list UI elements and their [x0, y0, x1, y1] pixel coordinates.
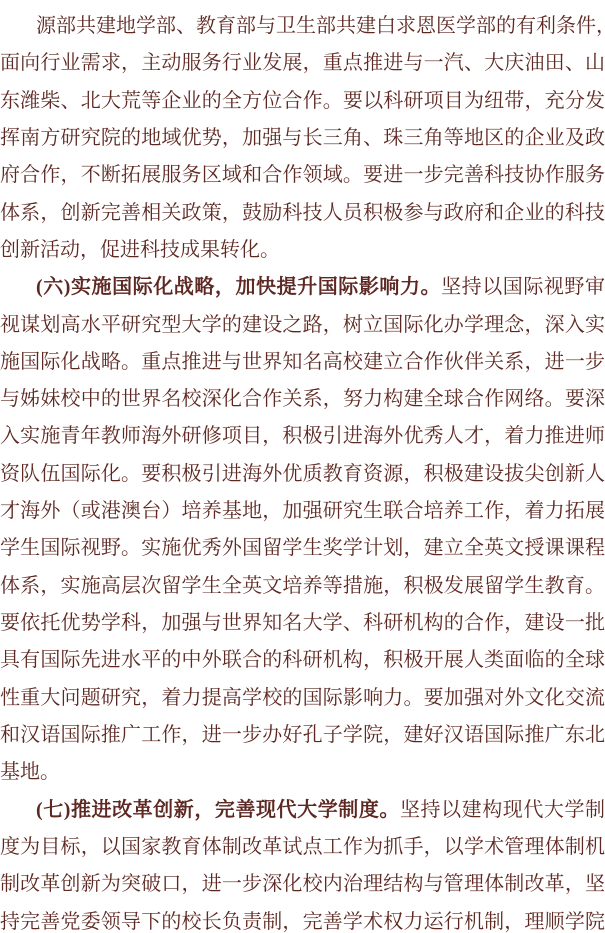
paragraph: (六)实施国际化战略，加快提升国际影响力。坚持以国际视野审视谋划高水平研究型大学…	[0, 269, 605, 791]
text-run: 东潍柴、北大荒等企业的全方位合作。要以科研项目为纽带，充分发	[0, 90, 605, 112]
text-line: 源部共建地学部、教育部与卫生部共建白求恩医学部的有利条件，	[0, 8, 605, 45]
text-line: 基地。	[0, 754, 605, 791]
section-heading: (七)推进改革创新，完善现代大学制度。	[36, 799, 400, 821]
section-heading: (六)实施国际化战略，加快提升国际影响力。	[36, 276, 441, 298]
text-run: 体系，创新完善相关政策，鼓励科技人员积极参与政府和企业的科技	[0, 202, 605, 224]
text-line: 入实施青年教师海外研修项目，积极引进海外优秀人才，着力推进师	[0, 418, 605, 455]
text-run: 持完善党委领导下的校长负责制，完善学术权力运行机制，理顺学院	[0, 911, 605, 933]
paragraph: 源部共建地学部、教育部与卫生部共建白求恩医学部的有利条件，面向行业需求，主动服务…	[0, 8, 605, 269]
text-run: 坚持以国际视野审	[441, 276, 605, 298]
text-run: 视谋划高水平研究型大学的建设之路，树立国际化办学理念，深入实	[0, 314, 605, 336]
text-run: 基地。	[0, 761, 60, 783]
text-line: 要依托优势学科，加强与世界知名大学、科研机构的合作，建设一批	[0, 605, 605, 642]
text-line: 与姊妹校中的世界名校深化合作关系，努力构建全球合作网络。要深	[0, 381, 605, 418]
text-run: 府合作，不断拓展服务区域和合作领域。要进一步完善科技协作服务	[0, 164, 605, 186]
text-line: 具有国际先进水平的中外联合的科研机构，积极开展人类面临的全球	[0, 642, 605, 679]
text-line: 体系，实施高层次留学生全英文培养等措施，积极发展留学生教育。	[0, 568, 605, 605]
text-run: 创新活动，促进科技成果转化。	[0, 239, 280, 261]
text-line: 施国际化战略。重点推进与世界知名高校建立合作伙伴关系，进一步	[0, 344, 605, 381]
text-line: 制改革创新为突破口，进一步深化校内治理结构与管理体制改革，坚	[0, 866, 605, 903]
text-run: 与姊妹校中的世界名校深化合作关系，努力构建全球合作网络。要深	[0, 388, 605, 410]
text-run: 才海外（或港澳台）培养基地，加强研究生联合培养工作，着力拓展	[0, 500, 605, 522]
text-run: 要依托优势学科，加强与世界知名大学、科研机构的合作，建设一批	[0, 612, 605, 634]
document-body: 源部共建地学部、教育部与卫生部共建白求恩医学部的有利条件，面向行业需求，主动服务…	[0, 8, 605, 933]
text-run: 度为目标，以国家教育体制改革试点工作为抓手，以学术管理体制机	[0, 836, 605, 858]
text-line: 才海外（或港澳台）培养基地，加强研究生联合培养工作，着力拓展	[0, 493, 605, 530]
text-line: 体系，创新完善相关政策，鼓励科技人员积极参与政府和企业的科技	[0, 195, 605, 232]
text-line: 持完善党委领导下的校长负责制，完善学术权力运行机制，理顺学院	[0, 904, 605, 933]
text-line: 学生国际视野。实施优秀外国留学生奖学计划，建立全英文授课课程	[0, 530, 605, 567]
text-line: 面向行业需求，主动服务行业发展，重点推进与一汽、大庆油田、山	[0, 45, 605, 82]
text-line: 东潍柴、北大荒等企业的全方位合作。要以科研项目为纽带，充分发	[0, 83, 605, 120]
text-run: 性重大问题研究，着力提高学校的国际影响力。要加强对外文化交流	[0, 687, 605, 709]
text-line: 资队伍国际化。要积极引进海外优质教育资源，积极建设拔尖创新人	[0, 456, 605, 493]
text-line: 挥南方研究院的地域优势，加强与长三角、珠三角等地区的企业及政	[0, 120, 605, 157]
text-run: 学生国际视野。实施优秀外国留学生奖学计划，建立全英文授课课程	[0, 537, 605, 559]
text-run: 施国际化战略。重点推进与世界知名高校建立合作伙伴关系，进一步	[0, 351, 605, 373]
text-run: 坚持以建构现代大学制	[400, 799, 605, 821]
text-line: 创新活动，促进科技成果转化。	[0, 232, 605, 269]
text-line: (六)实施国际化战略，加快提升国际影响力。坚持以国际视野审	[0, 269, 605, 306]
text-line: 府合作，不断拓展服务区域和合作领域。要进一步完善科技协作服务	[0, 157, 605, 194]
text-run: 具有国际先进水平的中外联合的科研机构，积极开展人类面临的全球	[0, 649, 605, 671]
text-line: 度为目标，以国家教育体制改革试点工作为抓手，以学术管理体制机	[0, 829, 605, 866]
text-run: 制改革创新为突破口，进一步深化校内治理结构与管理体制改革，坚	[0, 873, 605, 895]
text-run: 资队伍国际化。要积极引进海外优质教育资源，积极建设拔尖创新人	[0, 463, 605, 485]
text-run: 入实施青年教师海外研修项目，积极引进海外优秀人才，着力推进师	[0, 425, 605, 447]
text-run: 体系，实施高层次留学生全英文培养等措施，积极发展留学生教育。	[0, 575, 605, 597]
text-line: 性重大问题研究，着力提高学校的国际影响力。要加强对外文化交流	[0, 680, 605, 717]
text-run: 源部共建地学部、教育部与卫生部共建白求恩医学部的有利条件，	[36, 15, 605, 37]
text-run: 和汉语国际推广工作，进一步办好孔子学院，建好汉语国际推广东北	[0, 724, 605, 746]
paragraph: (七)推进改革创新，完善现代大学制度。坚持以建构现代大学制度为目标，以国家教育体…	[0, 792, 605, 933]
text-run: 面向行业需求，主动服务行业发展，重点推进与一汽、大庆油田、山	[0, 52, 605, 74]
text-line: 和汉语国际推广工作，进一步办好孔子学院，建好汉语国际推广东北	[0, 717, 605, 754]
text-line: (七)推进改革创新，完善现代大学制度。坚持以建构现代大学制	[0, 792, 605, 829]
document-page: 源部共建地学部、教育部与卫生部共建白求恩医学部的有利条件，面向行业需求，主动服务…	[0, 0, 605, 933]
text-run: 挥南方研究院的地域优势，加强与长三角、珠三角等地区的企业及政	[0, 127, 605, 149]
text-line: 视谋划高水平研究型大学的建设之路，树立国际化办学理念，深入实	[0, 307, 605, 344]
